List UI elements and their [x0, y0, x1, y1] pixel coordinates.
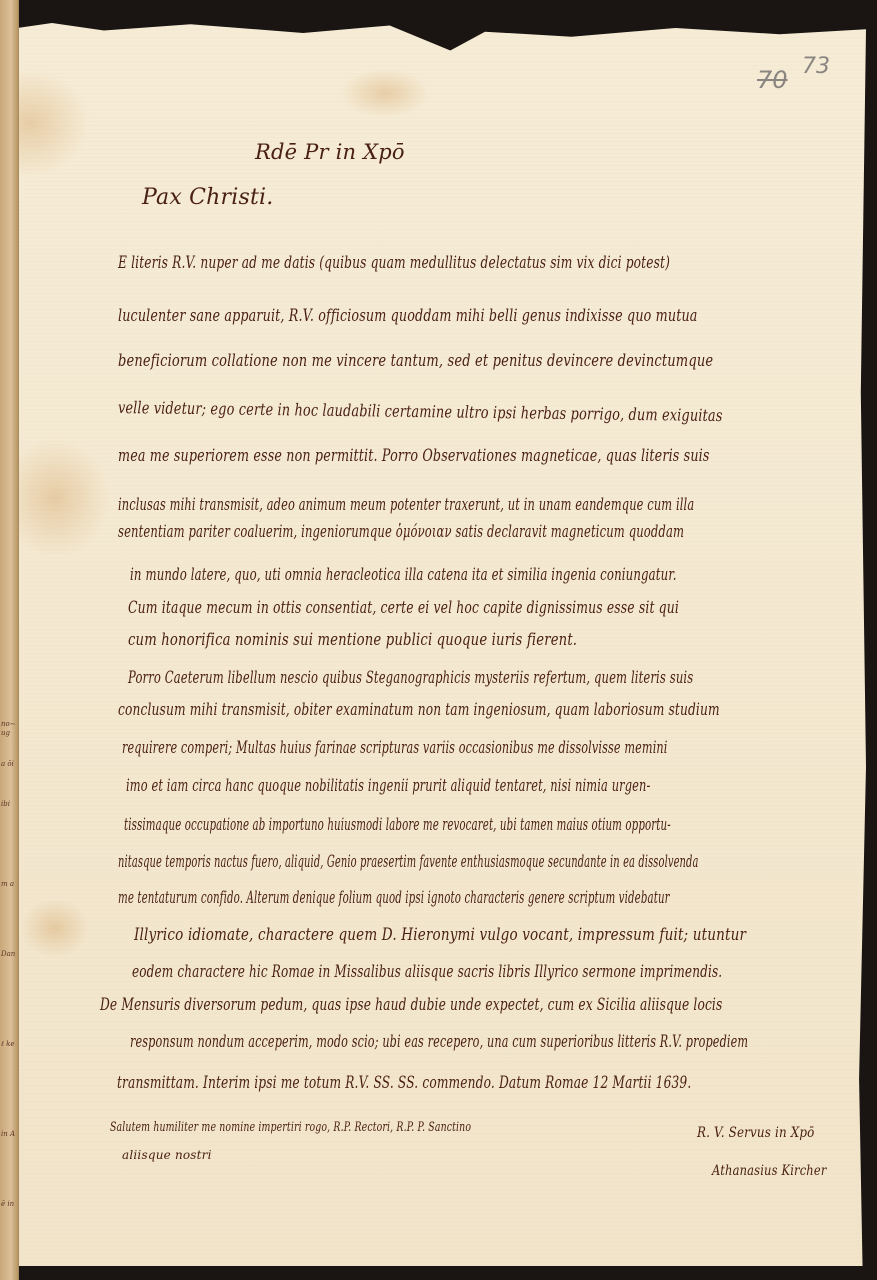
water-stain	[340, 68, 430, 118]
postscript-line: Salutem humiliter me nomine impertiri ro…	[110, 1120, 471, 1135]
body-line: imo et iam circa hanc quoque nobilitatis…	[126, 776, 651, 795]
valediction: R. V. Servus in Xpō	[697, 1125, 815, 1141]
crossed-folio-number: 70	[757, 66, 788, 94]
greeting: Pax Christi.	[142, 185, 273, 210]
body-line: requirere comperi; Multas huius farinae …	[122, 738, 668, 757]
body-line: Cum itaque mecum in ottis consentiat, ce…	[128, 598, 679, 617]
postscript-line: aliisque nostri	[122, 1148, 212, 1162]
body-line: tissimaque occupatione ab importuno huiu…	[124, 815, 671, 834]
body-line: E literis R.V. nuper ad me datis (quibus…	[118, 253, 670, 272]
body-line: conclusum mihi transmisit, obiter examin…	[118, 700, 720, 719]
body-line: nitasque temporis nactus fuero, aliquid,…	[118, 852, 699, 871]
body-line: transmittam. Interim ipsi me totum R.V. …	[117, 1073, 691, 1092]
body-line: Illyrico idiomate, charactere quem D. Hi…	[134, 925, 746, 944]
body-line: me tentaturum confido. Alterum denique f…	[118, 888, 670, 907]
body-line: responsum nondum acceperim, modo scio; u…	[130, 1032, 748, 1051]
body-line: Porro Caeterum libellum nescio quibus St…	[128, 668, 693, 687]
body-line: sententiam pariter coaluerim, ingeniorum…	[118, 522, 684, 541]
address-line: Rdē Pr in Xpō	[255, 140, 405, 164]
body-line: inclusas mihi transmisit, adeo animum me…	[118, 495, 694, 514]
body-line: in mundo latere, quo, uti omnia heracleo…	[130, 565, 677, 584]
water-stain	[20, 898, 90, 958]
body-line: De Mensuris diversorum pedum, quas ipse …	[100, 995, 722, 1014]
body-line: beneficiorum collatione non me vincere t…	[118, 351, 713, 370]
body-line: mea me superiorem esse non permittit. Po…	[118, 446, 710, 465]
body-line: luculenter sane apparuit, R.V. officiosu…	[118, 306, 698, 325]
body-line: eodem charactere hic Romae in Missalibus…	[132, 962, 722, 981]
binding-strip: no∼ ug a ōi ibi m a Dan ℓ ke in A ē in	[0, 0, 19, 1280]
signature: Athanasius Kircher	[712, 1163, 826, 1179]
folio-number: 73	[802, 54, 830, 79]
body-line: cum honorifica nominis sui mentione publ…	[128, 630, 577, 649]
